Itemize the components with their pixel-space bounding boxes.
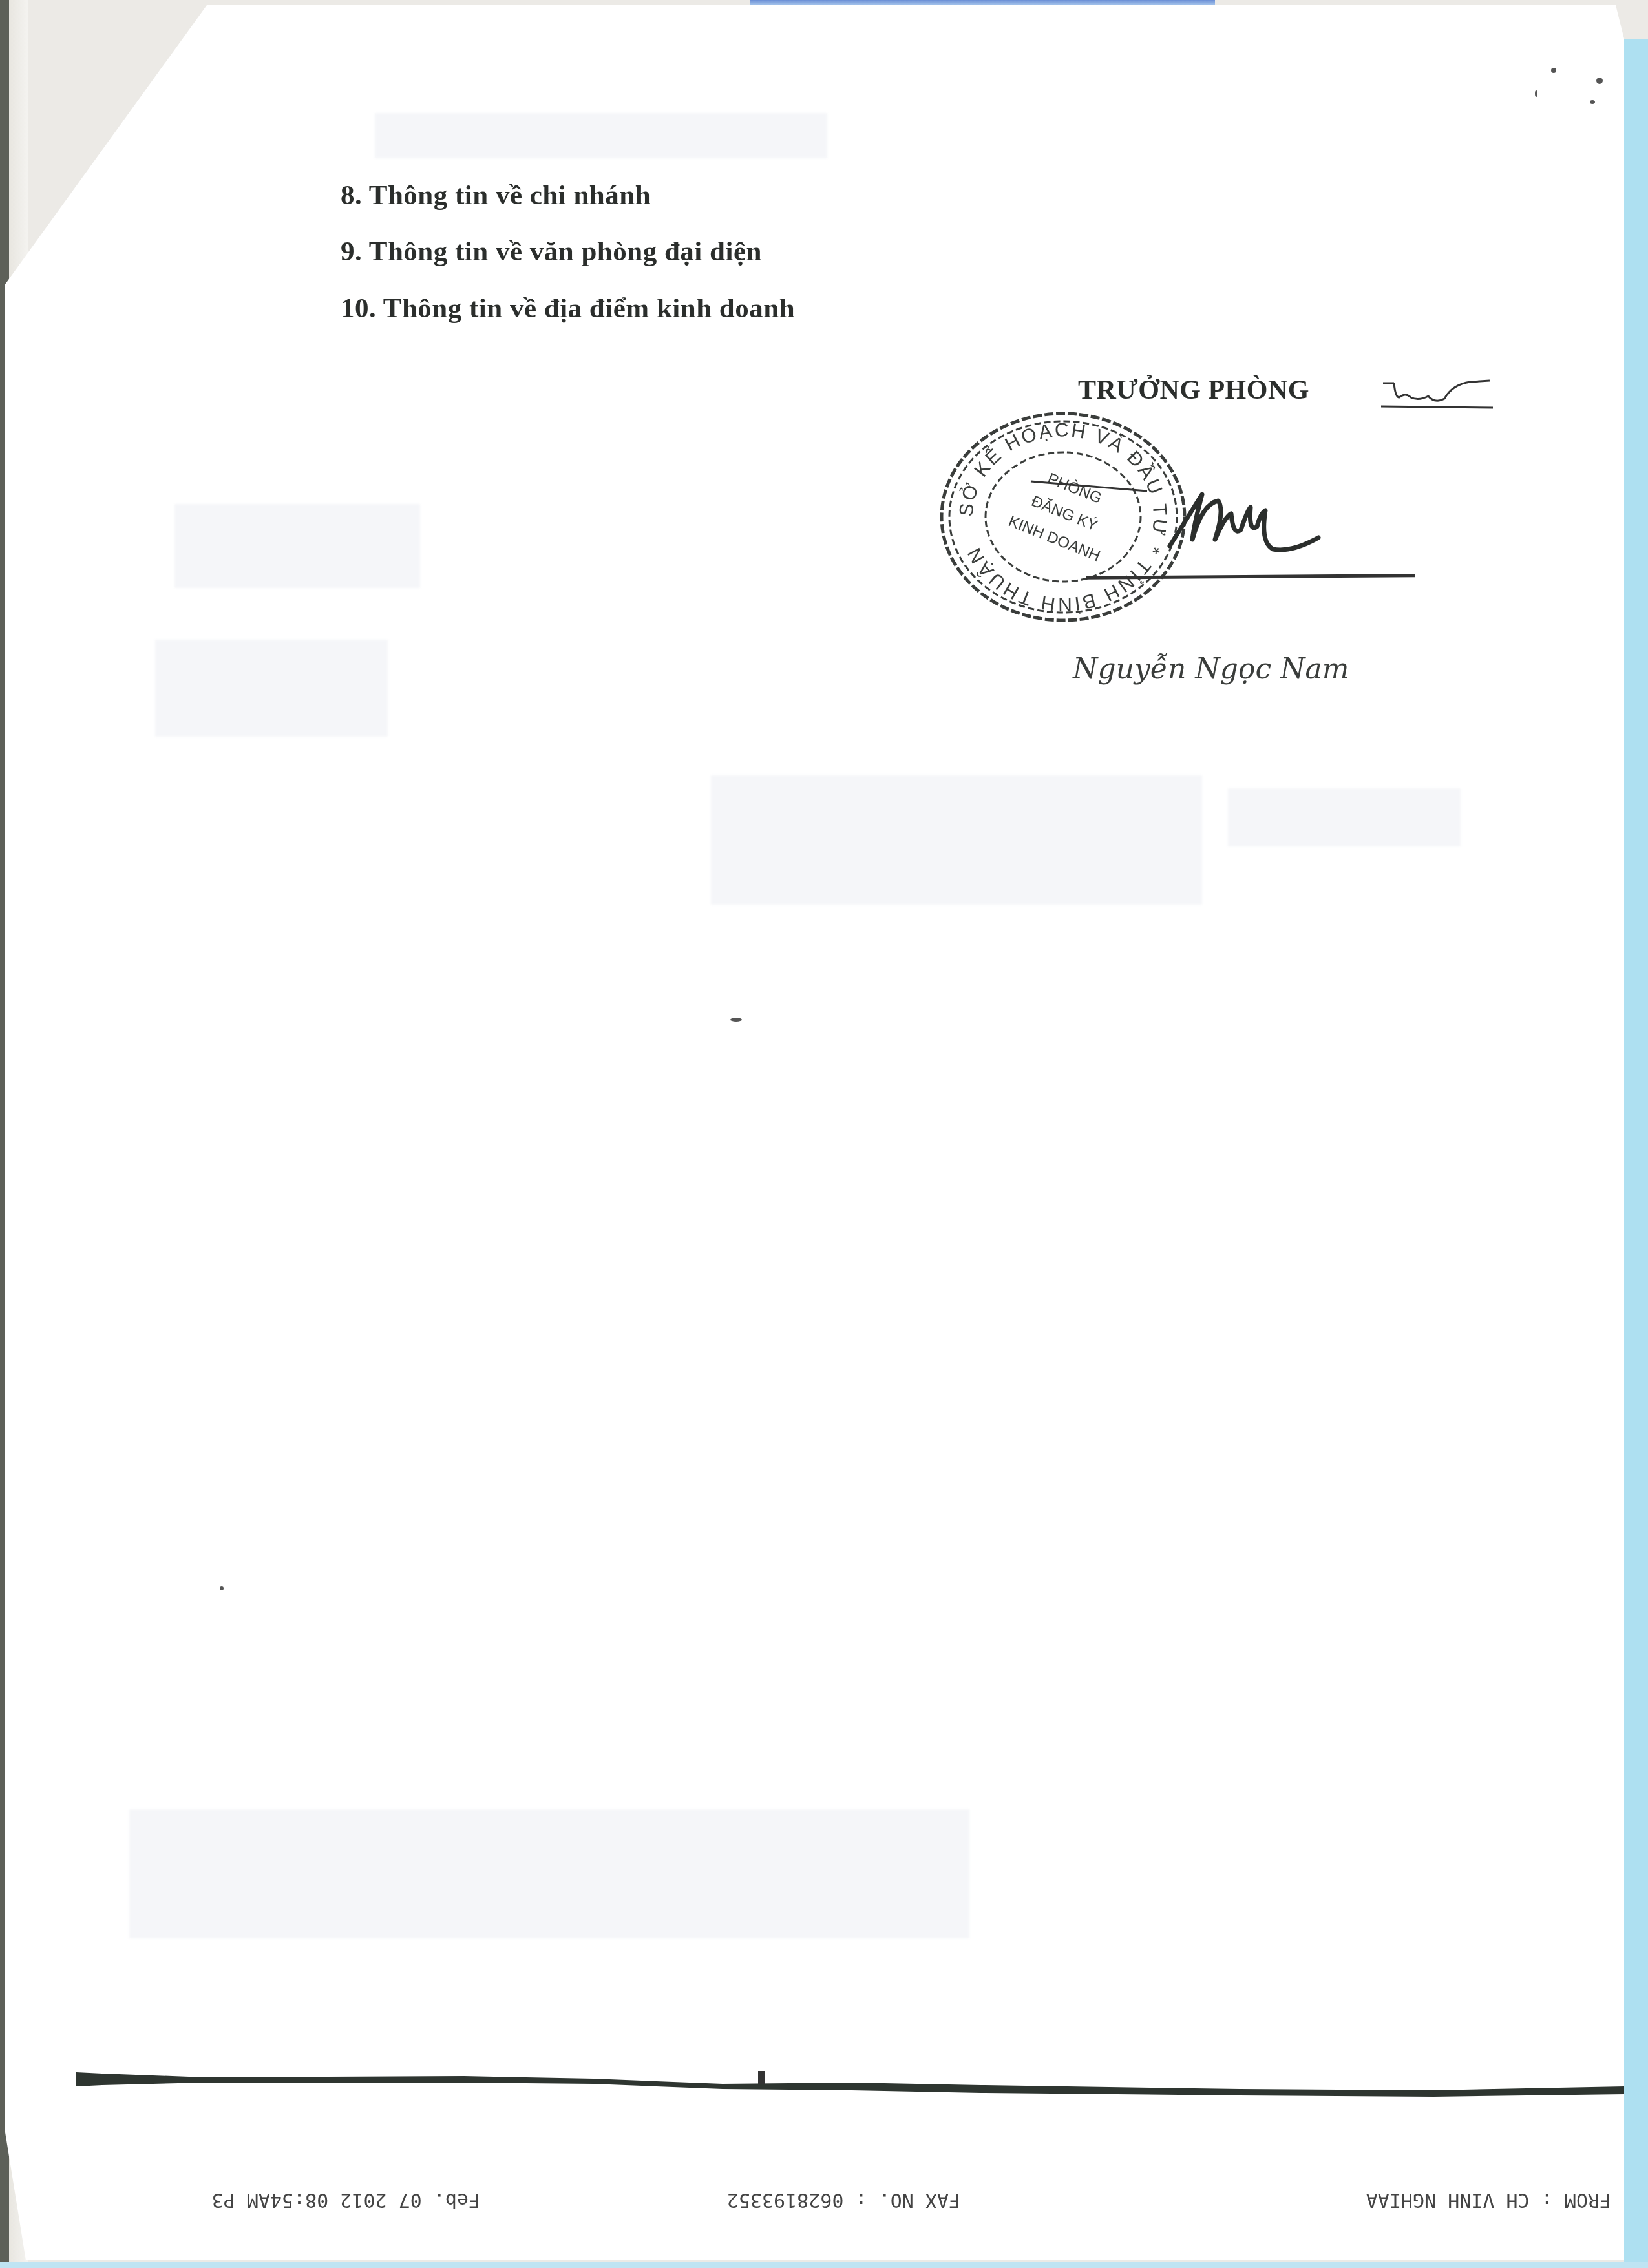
section-10: 10. Thông tin về địa điểm kinh doanh	[341, 293, 795, 324]
bleed-through	[1228, 788, 1461, 846]
fax-number: FAX NO. : 0628193352	[727, 2189, 960, 2211]
document-page: 8. Thông tin về chi nhánh 9. Thông tin v…	[0, 0, 1624, 2262]
fax-noise-bar	[76, 2071, 1624, 2097]
section-label: Thông tin về văn phòng đại diện	[369, 236, 762, 267]
section-9: 9. Thông tin về văn phòng đại diện	[341, 236, 762, 268]
fax-from: FROM : CH VINH NGHIAA	[1366, 2189, 1611, 2211]
bleed-through	[129, 1809, 969, 1938]
bleed-through	[375, 113, 827, 158]
scan-speck	[730, 1018, 742, 1022]
signature-title: TRƯỞNG PHÒNG	[1078, 375, 1309, 406]
scan-speck	[220, 1586, 224, 1590]
section-number: 8.	[341, 180, 362, 211]
scan-speck	[1596, 78, 1603, 84]
scan-speck	[1535, 90, 1537, 97]
fax-datetime: Feb. 07 2012 08:54AM P3	[212, 2189, 480, 2211]
bleed-through	[174, 504, 420, 588]
bleed-through	[711, 775, 1202, 905]
section-label: Thông tin về chi nhánh	[369, 180, 651, 211]
section-label: Thông tin về địa điểm kinh doanh	[383, 293, 795, 324]
section-number: 10.	[341, 293, 376, 324]
scanner-edge-right	[1624, 39, 1648, 2268]
fax-header: FROM : CH VINH NGHIAA FAX NO. : 06281933…	[0, 2158, 1624, 2236]
section-8: 8. Thông tin về chi nhánh	[341, 180, 651, 211]
bleed-through	[155, 640, 388, 737]
section-number: 9.	[341, 236, 362, 267]
scanner-edge-bottom	[0, 2262, 1648, 2268]
official-stamp-icon: SỞ KẾ HOẠCH VÀ ĐẦU TƯ * TỈNH BÌNH THUẬN …	[934, 407, 1192, 627]
initial-scribble-icon	[1380, 378, 1496, 410]
signer-name: Nguyễn Ngọc Nam	[1073, 653, 1349, 686]
scan-speck	[1551, 68, 1556, 73]
scan-speck	[1590, 100, 1595, 104]
handwritten-signature-icon	[1163, 478, 1344, 569]
